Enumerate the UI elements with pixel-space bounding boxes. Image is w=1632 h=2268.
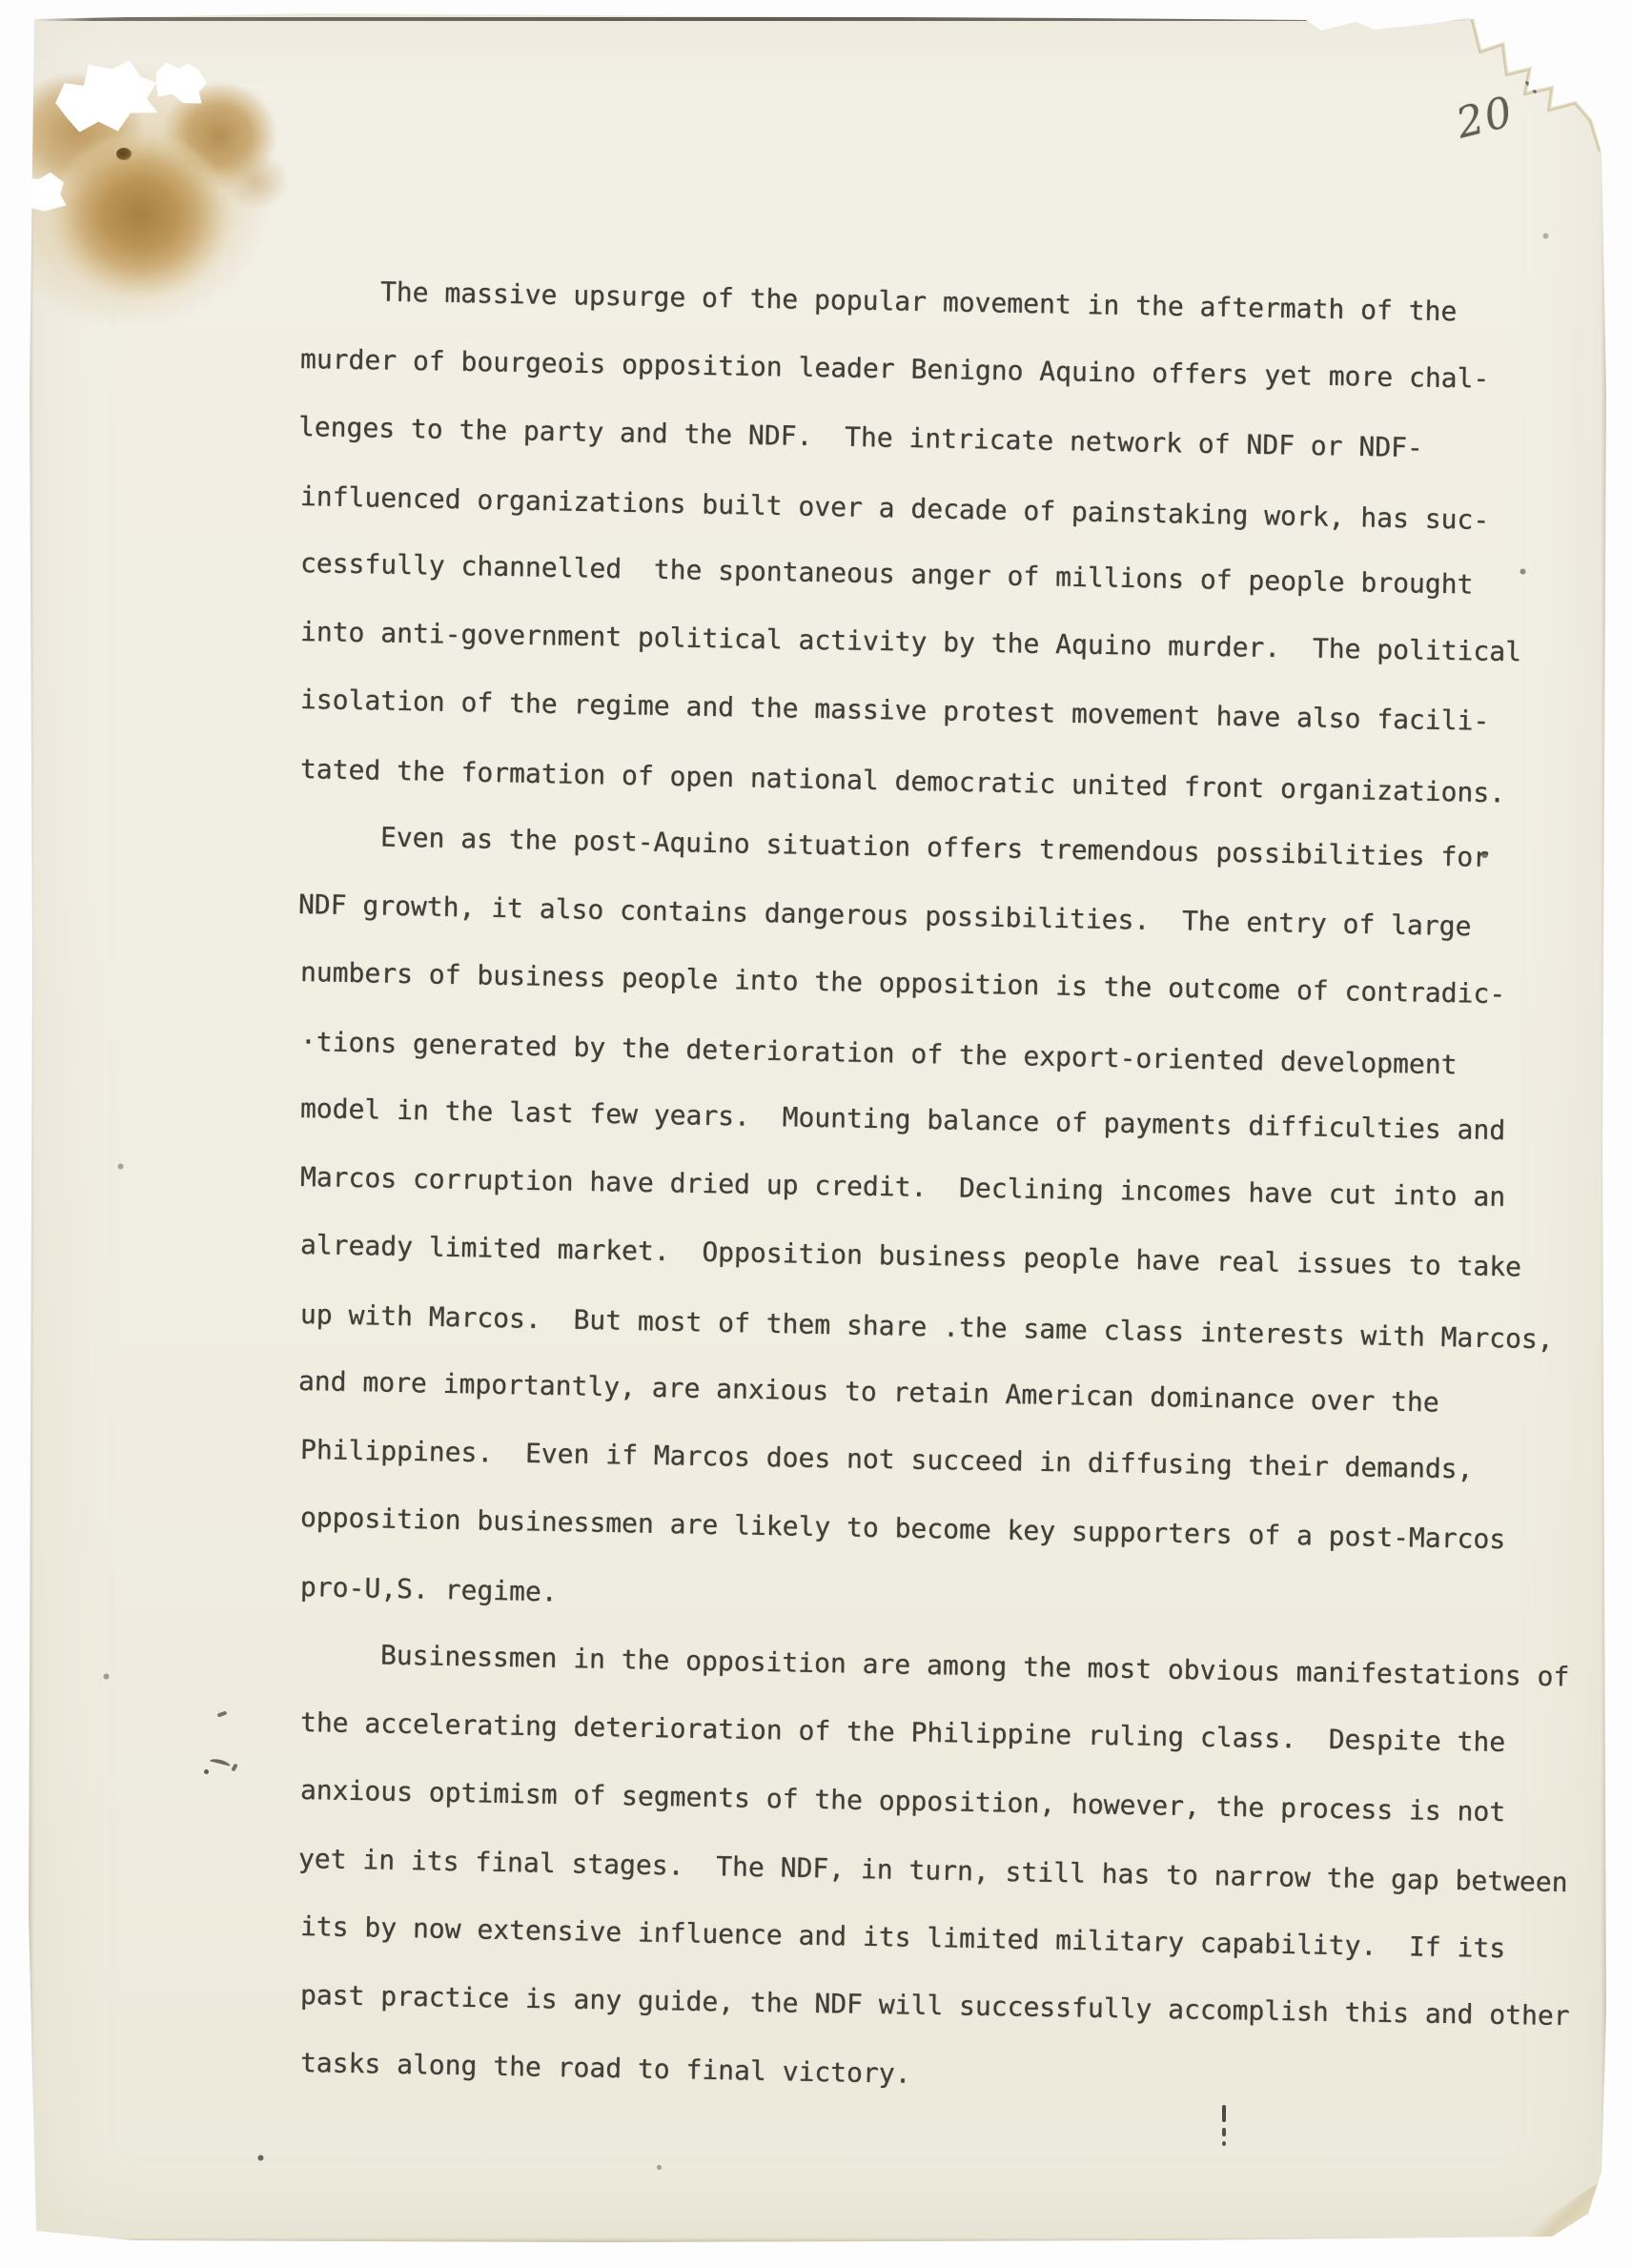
paper-bottom-edge-shade [29, 2237, 1606, 2242]
scan-top-edge-shadow [36, 17, 1471, 21]
bottom-right-corner-crease [1515, 2181, 1601, 2238]
paper-sheet: The massive upsurge of the popular movem… [29, 10, 1606, 2242]
ink-exclamation-mark [1222, 2105, 1226, 2122]
margin-pencil-tick [217, 1710, 228, 1717]
pen-tick-mark [1525, 81, 1538, 94]
typed-text: The massive upsurge of the popular movem… [300, 256, 1597, 2097]
stain-dark-spot [116, 148, 132, 160]
paper-left-edge-shade [29, 10, 34, 2242]
handwritten-page-number: 20 [1452, 87, 1520, 148]
margin-pencil-squiggle [204, 1750, 242, 1775]
scanned-document-page: The massive upsurge of the popular movem… [0, 0, 1632, 2268]
ink-specks [29, 10, 31, 12]
paper-right-edge-shade [1601, 143, 1606, 2240]
